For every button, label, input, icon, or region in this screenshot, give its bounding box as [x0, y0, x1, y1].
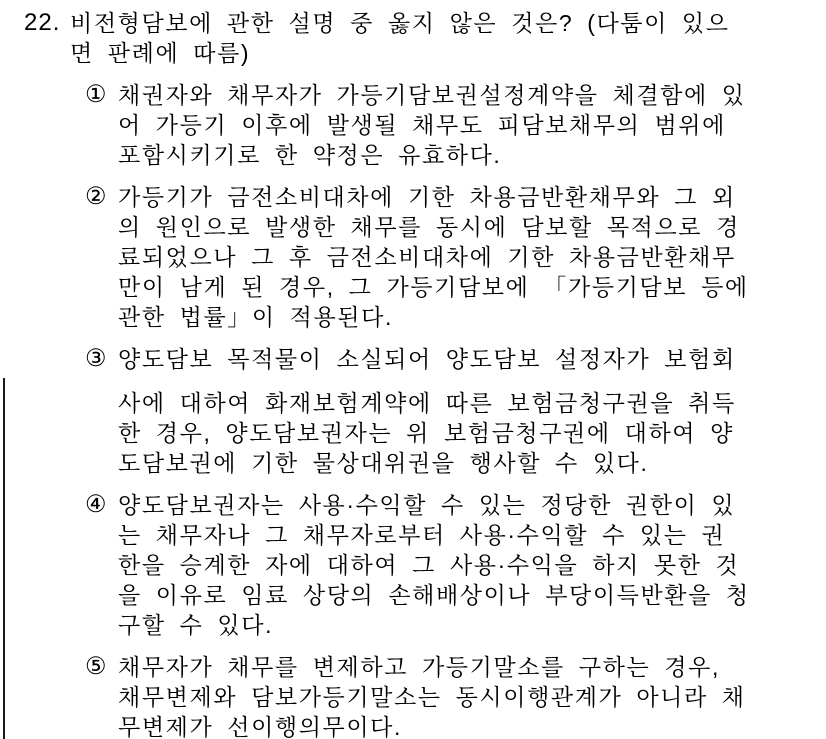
choice-text-line: 한 경우, 양도담보권자는 위 보험금청구권에 대하여 양	[118, 418, 826, 448]
choice-item: ①채권자와 채무자가 가등기담보권설정계약을 체결함에 있어 가등기 이후에 발…	[0, 80, 826, 170]
choice-text-line: 구할 수 있다.	[118, 610, 826, 640]
choice-text: 가등기가 금전소비대차에 기한 차용금반환채무와 그 외의 원인으로 발생한 채…	[118, 182, 826, 332]
choice-text-line: 도담보권에 기한 물상대위권을 행사할 수 있다.	[118, 448, 826, 478]
question-number: 22.	[24, 8, 70, 68]
choice-item: ③양도담보 목적물이 소실되어 양도담보 설정자가 보험회사에 대하여 화재보험…	[0, 344, 826, 478]
choice-marker: ④	[85, 490, 118, 640]
question-prompt-line: 비전형담보에 관한 설명 중 옳지 않은 것은? (다툼이 있으	[70, 8, 826, 38]
choice-marker: ⑤	[85, 652, 118, 739]
choice-text-line: 가등기가 금전소비대차에 기한 차용금반환채무와 그 외	[118, 182, 826, 212]
choice-text-line: 을 이유로 임료 상당의 손해배상이나 부당이득반환을 청	[118, 580, 826, 610]
choice-text-line: 양도담보권자는 사용·수익할 수 있는 정당한 권한이 있	[118, 490, 826, 520]
choice-text-line: 의 원인으로 발생한 채무를 동시에 담보할 목적으로 경	[118, 212, 826, 242]
choice-item: ⑤채무자가 채무를 변제하고 가등기말소를 구하는 경우,채무변제와 담보가등기…	[0, 652, 826, 739]
choices-list: ①채권자와 채무자가 가등기담보권설정계약을 체결함에 있어 가등기 이후에 발…	[0, 80, 826, 739]
choice-text-line: 관한 법률」이 적용된다.	[118, 302, 826, 332]
choice-text-line: 무변제가 선이행의무이다.	[118, 712, 826, 739]
choice-text-line: 채무변제와 담보가등기말소는 동시이행관계가 아니라 채	[118, 682, 826, 712]
choice-text: 채무자가 채무를 변제하고 가등기말소를 구하는 경우,채무변제와 담보가등기말…	[118, 652, 826, 739]
choice-marker: ①	[85, 80, 118, 170]
choice-item: ④양도담보권자는 사용·수익할 수 있는 정당한 권한이 있는 채무자나 그 채…	[0, 490, 826, 640]
choice-text: 양도담보 목적물이 소실되어 양도담보 설정자가 보험회사에 대하여 화재보험계…	[118, 344, 826, 478]
choice-text-line: 는 채무자나 그 채무자로부터 사용·수익할 수 있는 권	[118, 520, 826, 550]
question-row: 22. 비전형담보에 관한 설명 중 옳지 않은 것은? (다툼이 있으 면 판…	[0, 8, 826, 68]
choice-text-line: 료되었으나 그 후 금전소비대차에 기한 차용금반환채무	[118, 242, 826, 272]
question-block: 22. 비전형담보에 관한 설명 중 옳지 않은 것은? (다툼이 있으 면 판…	[0, 0, 826, 739]
choice-text-line: 채무자가 채무를 변제하고 가등기말소를 구하는 경우,	[118, 652, 826, 682]
choice-marker: ②	[85, 182, 118, 332]
question-prompt: 비전형담보에 관한 설명 중 옳지 않은 것은? (다툼이 있으 면 판례에 따…	[70, 8, 826, 68]
scan-column-gap	[118, 374, 826, 388]
choice-text: 채권자와 채무자가 가등기담보권설정계약을 체결함에 있어 가등기 이후에 발생…	[118, 80, 826, 170]
choice-text-line: 만이 남게 된 경우, 그 가등기담보에 「가등기담보 등에	[118, 272, 826, 302]
choice-text-line: 어 가등기 이후에 발생될 채무도 피담보채무의 범위에	[118, 110, 826, 140]
choice-marker: ③	[85, 344, 118, 478]
choice-text: 양도담보권자는 사용·수익할 수 있는 정당한 권한이 있는 채무자나 그 채무…	[118, 490, 826, 640]
choice-text-line: 채권자와 채무자가 가등기담보권설정계약을 체결함에 있	[118, 80, 826, 110]
choice-text-line: 한을 승계한 자에 대하여 그 사용·수익을 하지 못한 것	[118, 550, 826, 580]
choice-item: ②가등기가 금전소비대차에 기한 차용금반환채무와 그 외의 원인으로 발생한 …	[0, 182, 826, 332]
exam-page: 22. 비전형담보에 관한 설명 중 옳지 않은 것은? (다툼이 있으 면 판…	[0, 0, 826, 739]
choice-text-line: 포함시키기로 한 약정은 유효하다.	[118, 140, 826, 170]
choice-text-line: 사에 대하여 화재보험계약에 따른 보험금청구권을 취득	[118, 388, 826, 418]
choice-text-line: 양도담보 목적물이 소실되어 양도담보 설정자가 보험회	[118, 344, 826, 374]
question-prompt-line: 면 판례에 따름)	[70, 38, 826, 68]
scan-edge-line	[3, 378, 5, 739]
